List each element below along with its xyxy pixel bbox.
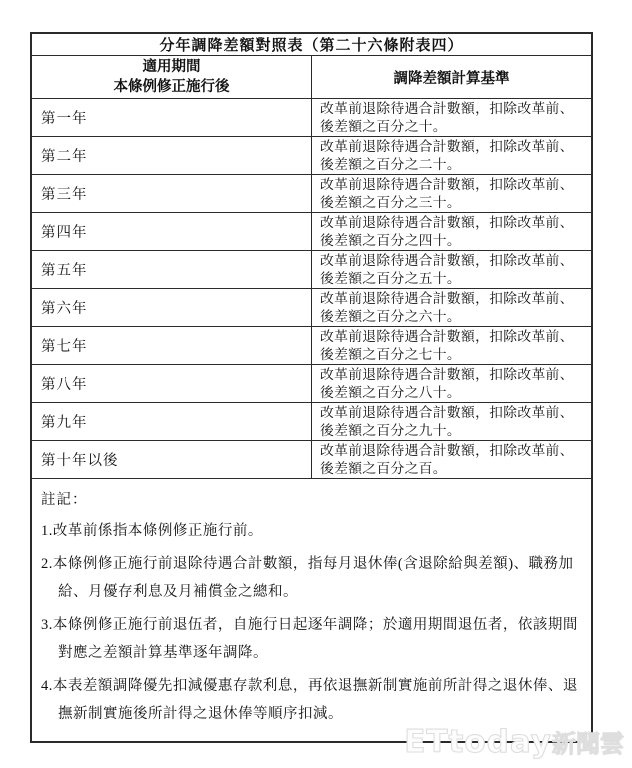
table-row: 第四年 改革前退除待遇合計數額，扣除改革前、後差額之百分之四十。 bbox=[31, 213, 592, 251]
table-row: 第三年 改革前退除待遇合計數額，扣除改革前、後差額之百分之三十。 bbox=[31, 175, 592, 213]
period-cell: 第二年 bbox=[31, 137, 312, 175]
note-item: 1.改革前係指本條例修正施行前。 bbox=[41, 517, 581, 546]
table-header-row: 適用期間 本條例修正施行後 調降差額計算基準 bbox=[31, 56, 592, 99]
basis-cell: 改革前退除待遇合計數額，扣除改革前、後差額之百分之二十。 bbox=[312, 137, 593, 175]
notes-section: 註記： 1.改革前係指本條例修正施行前。 2.本條例修正施行前退除待遇合計數額，… bbox=[31, 479, 592, 742]
period-cell: 第八年 bbox=[31, 365, 312, 403]
basis-cell: 改革前退除待遇合計數額，扣除改革前、後差額之百分之八十。 bbox=[312, 365, 593, 403]
column-header-period-line2: 本條例修正施行後 bbox=[34, 77, 309, 97]
period-cell: 第十年以後 bbox=[31, 441, 312, 479]
basis-cell: 改革前退除待遇合計數額，扣除改革前、後差額之百分之五十。 bbox=[312, 251, 593, 289]
note-text: 改革前係指本條例修正施行前。 bbox=[53, 523, 263, 539]
notes-title: 註記： bbox=[41, 487, 581, 513]
basis-cell: 改革前退除待遇合計數額，扣除改革前、後差額之百分之三十。 bbox=[312, 175, 593, 213]
note-item: 4.本表差額調降優先扣減優惠存款利息，再依退撫新制實施前所計得之退休俸、退撫新制… bbox=[41, 672, 581, 729]
table-row: 第一年 改革前退除待遇合計數額，扣除改革前、後差額之百分之十。 bbox=[31, 99, 592, 137]
table-row: 第八年 改革前退除待遇合計數額，扣除改革前、後差額之百分之八十。 bbox=[31, 365, 592, 403]
table-row: 第七年 改革前退除待遇合計數額，扣除改革前、後差額之百分之七十。 bbox=[31, 327, 592, 365]
table-row: 第九年 改革前退除待遇合計數額，扣除改革前、後差額之百分之九十。 bbox=[31, 403, 592, 441]
period-cell: 第七年 bbox=[31, 327, 312, 365]
note-text: 本表差額調降優先扣減優惠存款利息，再依退撫新制實施前所計得之退休俸、退撫新制實施… bbox=[53, 678, 578, 723]
table-row: 第十年以後 改革前退除待遇合計數額，扣除改革前、後差額之百分之百。 bbox=[31, 441, 592, 479]
basis-cell: 改革前退除待遇合計數額，扣除改革前、後差額之百分之九十。 bbox=[312, 403, 593, 441]
note-number: 4. bbox=[41, 678, 53, 694]
note-text: 本條例修正施行前退伍者，自施行日起逐年調降；於適用期間退伍者，依該期間對應之差額… bbox=[53, 617, 578, 662]
basis-cell: 改革前退除待遇合計數額，扣除改革前、後差額之百分之七十。 bbox=[312, 327, 593, 365]
period-cell: 第三年 bbox=[31, 175, 312, 213]
note-item: 3.本條例修正施行前退伍者，自施行日起逐年調降；於適用期間退伍者，依該期間對應之… bbox=[41, 611, 581, 668]
note-number: 3. bbox=[41, 617, 53, 633]
ettoday-logo-text: ETtoday bbox=[404, 724, 552, 760]
column-header-period: 適用期間 本條例修正施行後 bbox=[31, 56, 312, 99]
ettoday-watermark-logo: ETtoday新聞雲 bbox=[404, 724, 624, 760]
notes-row: 註記： 1.改革前係指本條例修正施行前。 2.本條例修正施行前退除待遇合計數額，… bbox=[31, 479, 592, 742]
period-cell: 第九年 bbox=[31, 403, 312, 441]
table-row: 第二年 改革前退除待遇合計數額，扣除改革前、後差額之百分之二十。 bbox=[31, 137, 592, 175]
note-number: 1. bbox=[41, 523, 53, 539]
table-row: 第五年 改革前退除待遇合計數額，扣除改革前、後差額之百分之五十。 bbox=[31, 251, 592, 289]
column-header-basis: 調降差額計算基準 bbox=[312, 56, 593, 99]
basis-cell: 改革前退除待遇合計數額，扣除改革前、後差額之百分之六十。 bbox=[312, 289, 593, 327]
ettoday-logo-chinese-text: 新聞雲 bbox=[552, 730, 624, 758]
table-title: 分年調降差額對照表（第二十六條附表四） bbox=[31, 33, 592, 56]
period-cell: 第五年 bbox=[31, 251, 312, 289]
note-text: 本條例修正施行前退除待遇合計數額，指每月退休俸(含退除給與差額)、職務加給、月優… bbox=[53, 556, 574, 601]
note-number: 2. bbox=[41, 556, 53, 572]
basis-cell: 改革前退除待遇合計數額，扣除改革前、後差額之百分之四十。 bbox=[312, 213, 593, 251]
period-cell: 第一年 bbox=[31, 99, 312, 137]
adjustment-comparison-table: 分年調降差額對照表（第二十六條附表四） 適用期間 本條例修正施行後 調降差額計算… bbox=[30, 32, 593, 743]
period-cell: 第六年 bbox=[31, 289, 312, 327]
basis-cell: 改革前退除待遇合計數額，扣除改革前、後差額之百分之十。 bbox=[312, 99, 593, 137]
note-item: 2.本條例修正施行前退除待遇合計數額，指每月退休俸(含退除給與差額)、職務加給、… bbox=[41, 550, 581, 607]
column-header-period-line1: 適用期間 bbox=[34, 57, 309, 77]
period-cell: 第四年 bbox=[31, 213, 312, 251]
basis-cell: 改革前退除待遇合計數額，扣除改革前、後差額之百分之百。 bbox=[312, 441, 593, 479]
table-row: 第六年 改革前退除待遇合計數額，扣除改革前、後差額之百分之六十。 bbox=[31, 289, 592, 327]
table-title-row: 分年調降差額對照表（第二十六條附表四） bbox=[31, 33, 592, 56]
